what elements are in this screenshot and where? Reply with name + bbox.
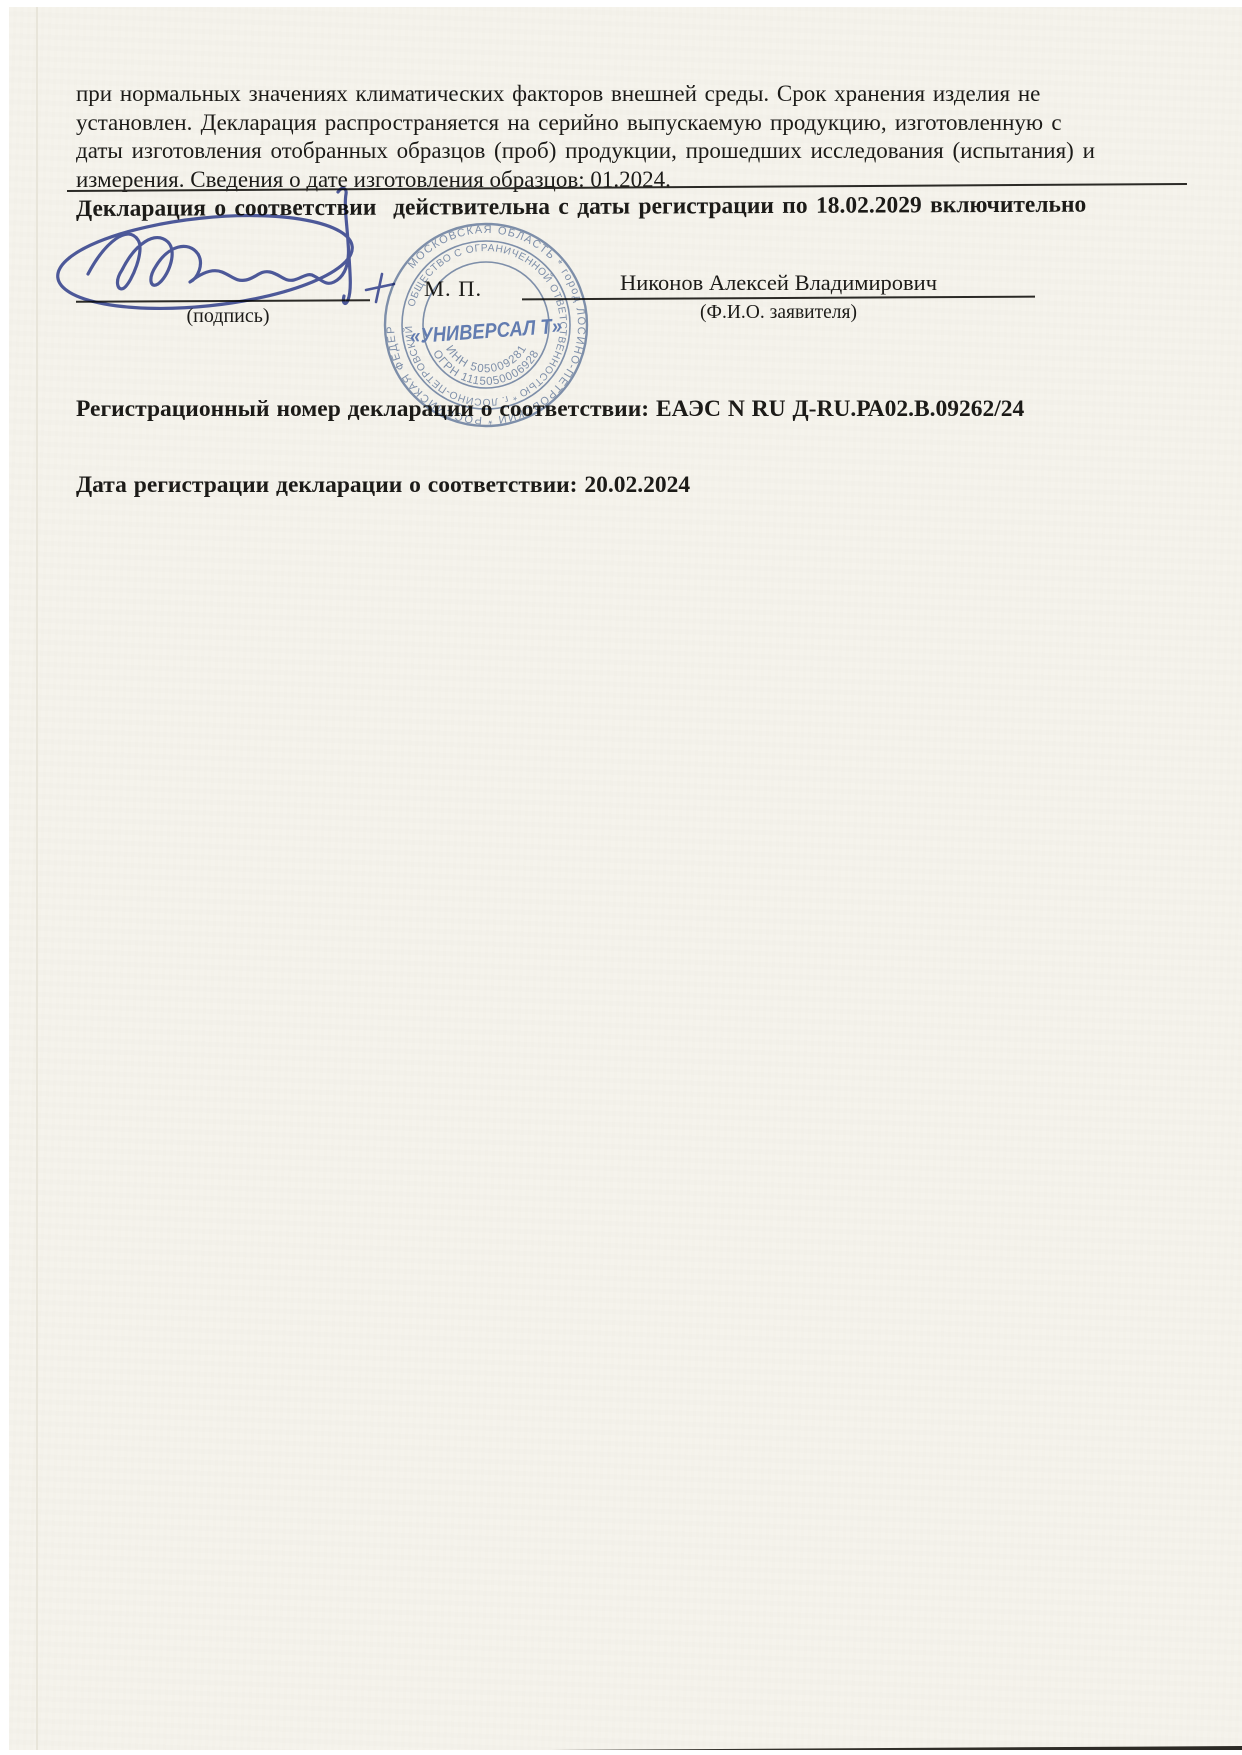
paragraph-line: при нормальных значениях климатических ф… — [76, 80, 1208, 109]
signature-oval-flourish — [53, 203, 357, 321]
registration-number-value: ЕАЭС N RU Д-RU.РА02.В.09262/24 — [656, 396, 1024, 422]
registration-date-line: Дата регистрации декларации о соответств… — [76, 472, 690, 499]
paragraph-line: установлен. Декларация распространяется … — [76, 109, 1208, 138]
applicant-name: Никонов Алексей Владимирович — [522, 270, 1035, 296]
declaration-paragraph: при нормальных значениях климатических ф… — [76, 80, 1208, 194]
signature-cross-mark — [366, 274, 394, 302]
registration-date-label: Дата регистрации декларации о соответств… — [76, 472, 577, 498]
paragraph-line: даты изготовления отобранных образцов (п… — [76, 137, 1208, 166]
stamp-company-name: «УНИВЕРСАЛ Т» — [409, 315, 562, 349]
scan-edge-top — [0, 0, 1242, 7]
scan-edge-bottom — [0, 1750, 1242, 1755]
scan-crease-line — [36, 7, 38, 1751]
scan-edge-left — [0, 0, 9, 1755]
signature-scrawl — [88, 188, 350, 303]
applicant-name-caption: (Ф.И.О. заявителя) — [522, 302, 1035, 324]
handwritten-signature — [50, 182, 430, 332]
scanned-declaration-page: при нормальных значениях климатических ф… — [0, 0, 1242, 1755]
registration-date-value: 20.02.2024 — [584, 472, 690, 498]
applicant-name-line — [522, 296, 1035, 301]
